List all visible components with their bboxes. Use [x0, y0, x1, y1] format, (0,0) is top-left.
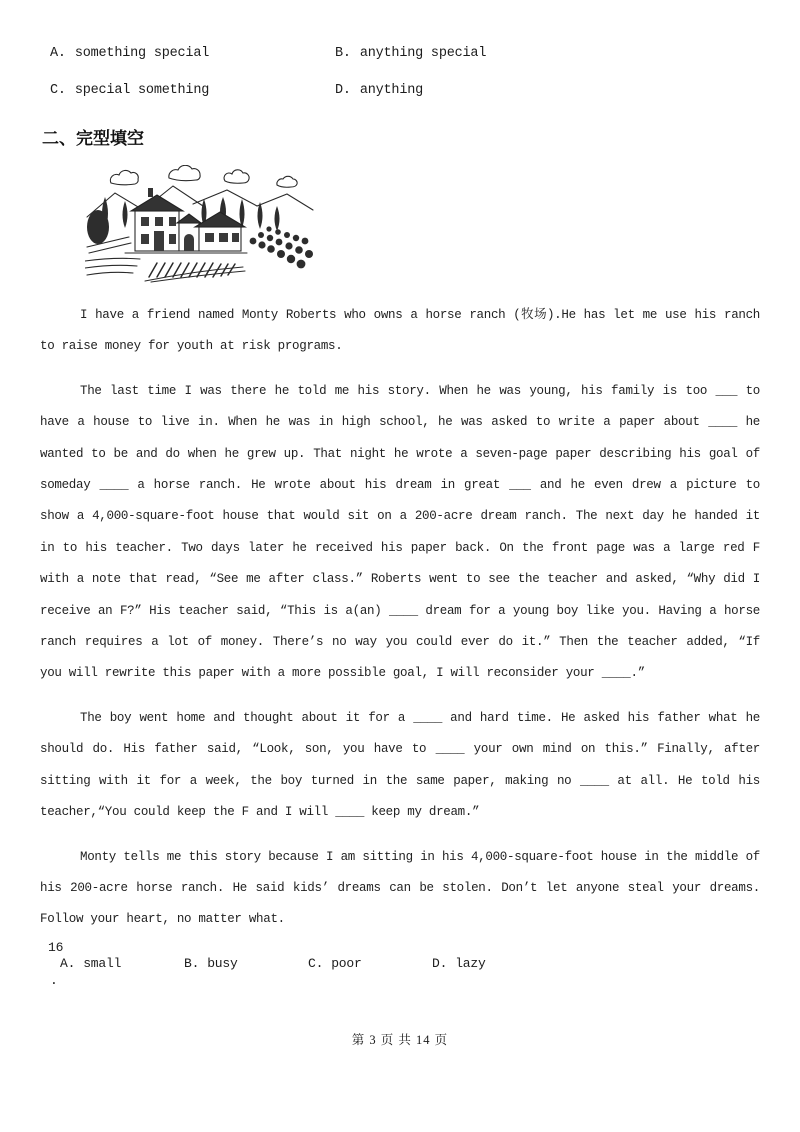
question-16-option-b-label: B. — [184, 956, 199, 971]
option-a-label: A. — [50, 46, 66, 61]
prev-question-options-row-1: A.something special B.anything special — [40, 46, 760, 61]
cloze-passage: I have a friend named Monty Roberts who … — [40, 300, 760, 936]
question-16-option-b: B.busy — [184, 955, 308, 972]
question-16-number: 16 — [48, 940, 760, 955]
ranch-illustration-drawing — [85, 165, 315, 283]
option-a-text: something special — [75, 46, 209, 61]
question-16-option-b-text: busy — [207, 956, 237, 971]
option-a: A.something special — [50, 46, 335, 61]
section-title: 二、完型填空 — [42, 124, 760, 149]
question-16-option-d: D.lazy — [432, 955, 486, 972]
option-b: B.anything special — [335, 46, 486, 61]
question-16-option-a: A.small — [60, 955, 184, 972]
question-16-trailing-period: . — [50, 972, 760, 989]
passage-paragraph-3: The boy went home and thought about it f… — [40, 703, 760, 829]
page-content: A.something special B.anything special C… — [0, 0, 800, 989]
question-16-option-c-label: C. — [308, 956, 323, 971]
question-16-option-a-label: A. — [60, 956, 75, 971]
page-footer: 第 3 页 共 14 页 — [0, 1030, 800, 1048]
option-c-text: special something — [75, 83, 209, 98]
option-b-text: anything special — [360, 46, 486, 61]
question-16-options: A.small B.busy C.poor D.lazy — [40, 955, 760, 972]
passage-paragraph-1: I have a friend named Monty Roberts who … — [40, 300, 760, 363]
option-d: D.anything — [335, 83, 423, 98]
option-d-label: D. — [335, 83, 351, 98]
option-c: C.special something — [50, 83, 335, 98]
question-16-option-d-text: lazy — [455, 956, 485, 971]
prev-question-options-row-2: C.special something D.anything — [40, 83, 760, 98]
option-c-label: C. — [50, 83, 66, 98]
passage-paragraph-2: The last time I was there he told me his… — [40, 376, 760, 690]
question-16: 16 A.small B.busy C.poor D.lazy . — [40, 940, 760, 989]
option-d-text: anything — [360, 83, 423, 98]
question-16-option-d-label: D. — [432, 956, 447, 971]
ranch-illustration — [85, 165, 315, 283]
exam-page: A.something special B.anything special C… — [0, 0, 800, 1132]
question-16-option-a-text: small — [83, 956, 121, 971]
passage-paragraph-4: Monty tells me this story because I am s… — [40, 842, 760, 936]
question-16-option-c-text: poor — [331, 956, 361, 971]
question-16-option-c: C.poor — [308, 955, 432, 972]
option-b-label: B. — [335, 46, 351, 61]
